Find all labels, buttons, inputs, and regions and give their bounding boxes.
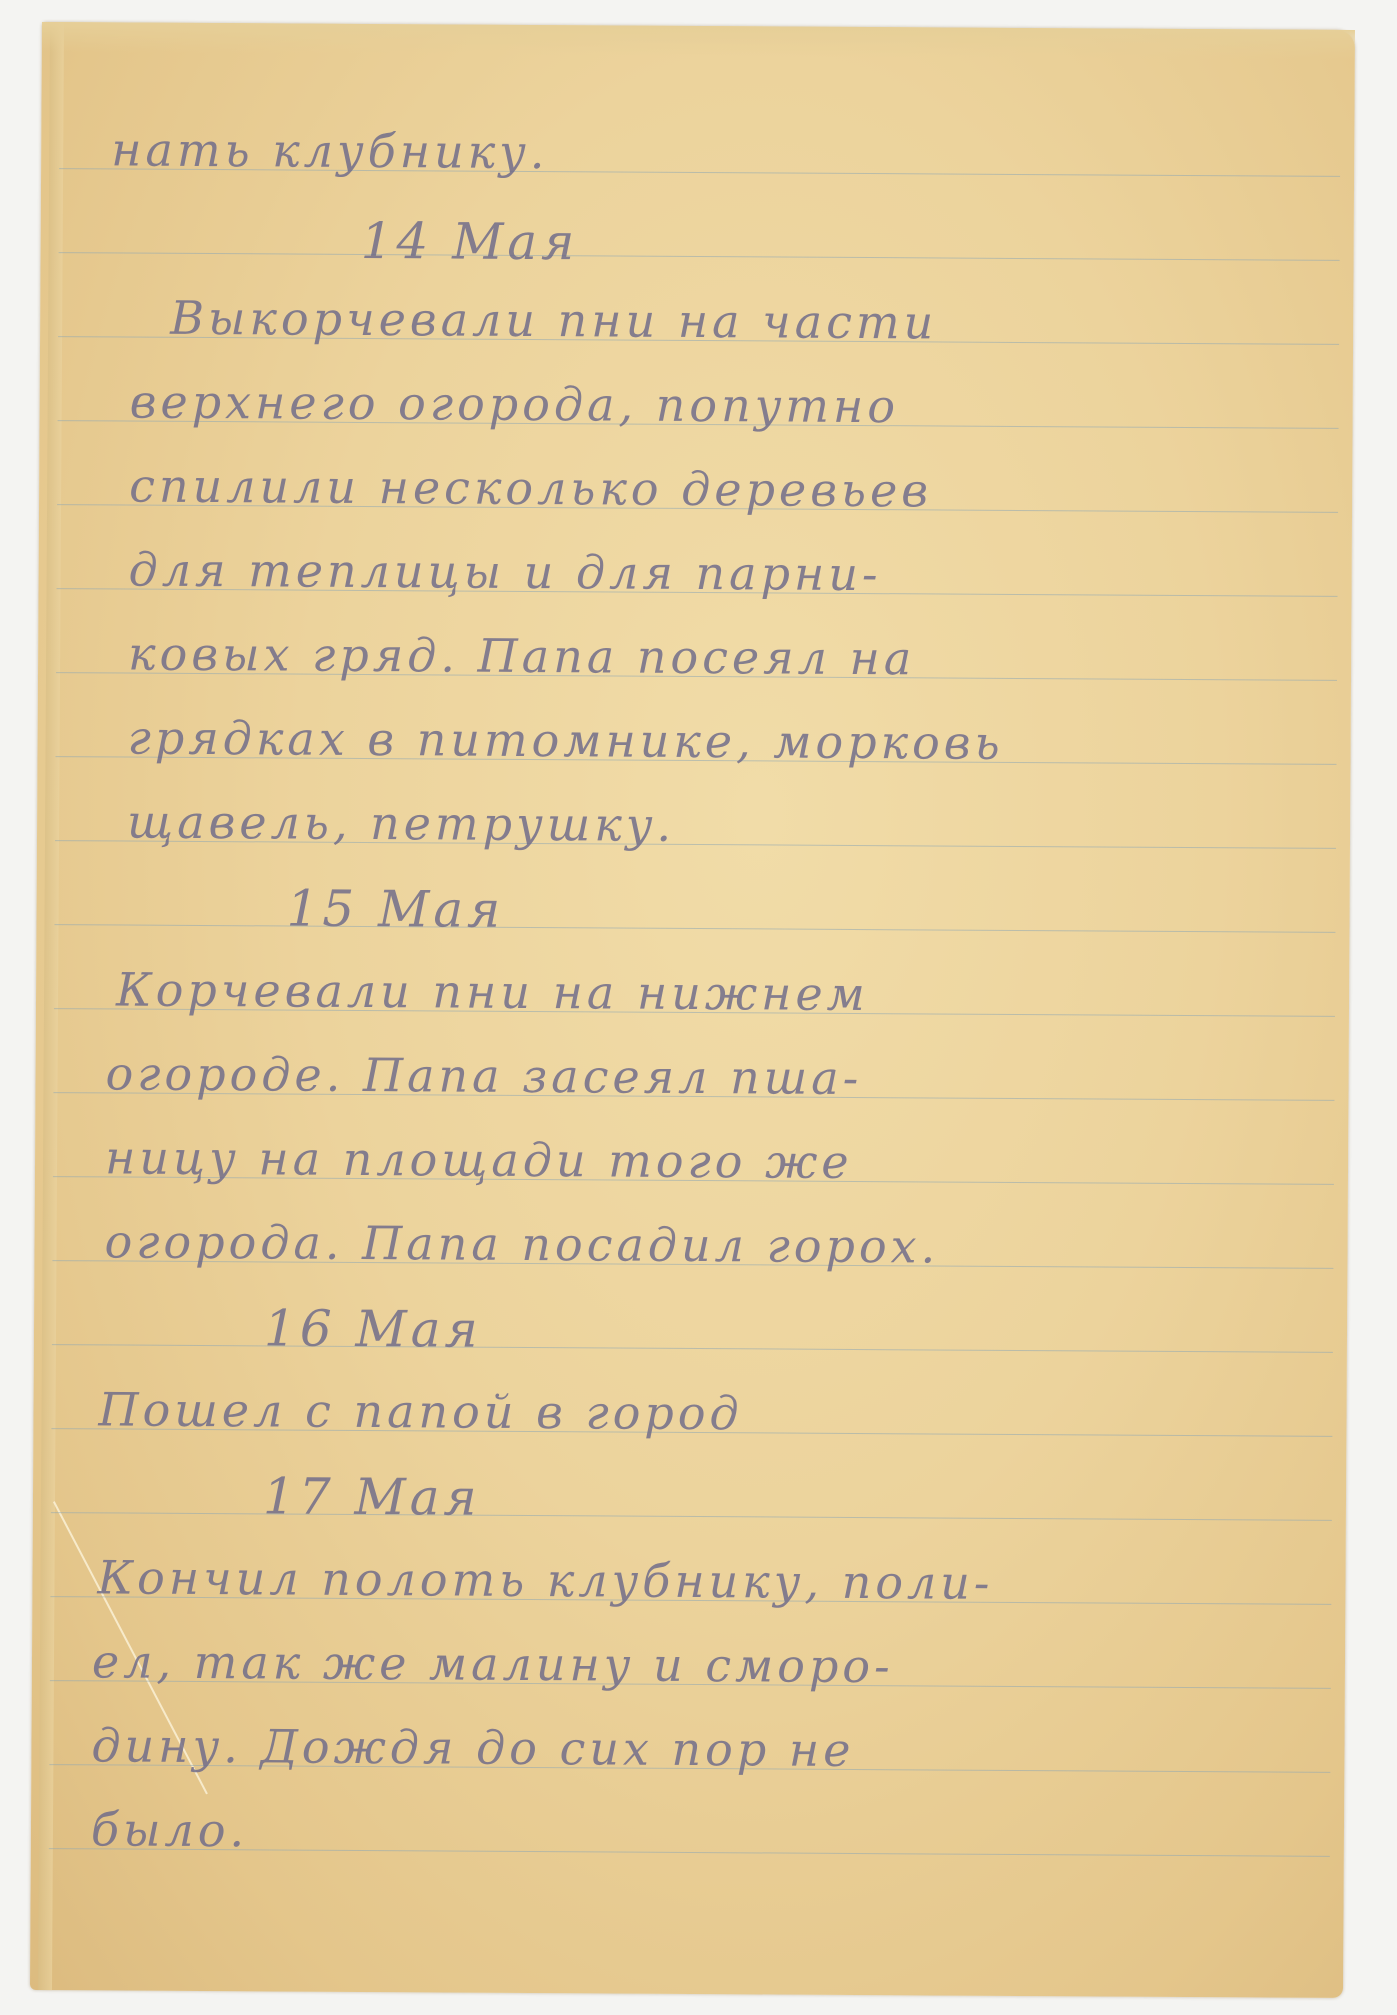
text-line: щавель, петрушку. bbox=[127, 795, 675, 852]
text-line: нать клубнику. bbox=[111, 122, 549, 179]
text-line: грядках в питомнике, морковь bbox=[127, 711, 1003, 770]
ruled-line bbox=[51, 1512, 1332, 1521]
text-line: огорода. Папа посадил горох. bbox=[104, 1214, 939, 1273]
text-line: Корчевали пни на нижнем bbox=[116, 962, 869, 1021]
text-line: ел, так же малину и сморо- bbox=[92, 1634, 894, 1693]
text-line: верхнего огорода, попутно bbox=[130, 375, 900, 434]
text-line: Выкорчевали пни на части bbox=[170, 291, 937, 350]
text-line: ковых гряд. Папа посеял на bbox=[128, 627, 915, 686]
ruled-line bbox=[59, 252, 1340, 261]
diary-date-heading: 15 Мая bbox=[286, 880, 504, 939]
text-line: Кончил полоть клубнику, поли- bbox=[97, 1550, 993, 1609]
ruled-line bbox=[52, 1344, 1333, 1353]
diary-date-heading: 17 Мая bbox=[263, 1467, 481, 1526]
diary-date-heading: 16 Мая bbox=[264, 1299, 482, 1358]
text-line: Пошел с папой в город bbox=[98, 1382, 742, 1440]
diary-date-heading: 14 Мая bbox=[360, 212, 578, 271]
page-top-edge bbox=[42, 22, 1355, 60]
text-line: ницу на площади того же bbox=[105, 1130, 853, 1189]
text-line: для теплицы и для парни- bbox=[128, 543, 881, 602]
text-line: спилили несколько деревьев bbox=[129, 459, 932, 518]
ruled-line bbox=[54, 924, 1335, 933]
text-line: было. bbox=[91, 1802, 248, 1857]
text-line: огороде. Папа засеял пша- bbox=[105, 1046, 862, 1105]
text-line: дину. Дождя до сих пор не bbox=[91, 1718, 854, 1777]
notebook-page: нать клубнику. 14 Мая Выкорчевали пни на… bbox=[30, 22, 1355, 1998]
